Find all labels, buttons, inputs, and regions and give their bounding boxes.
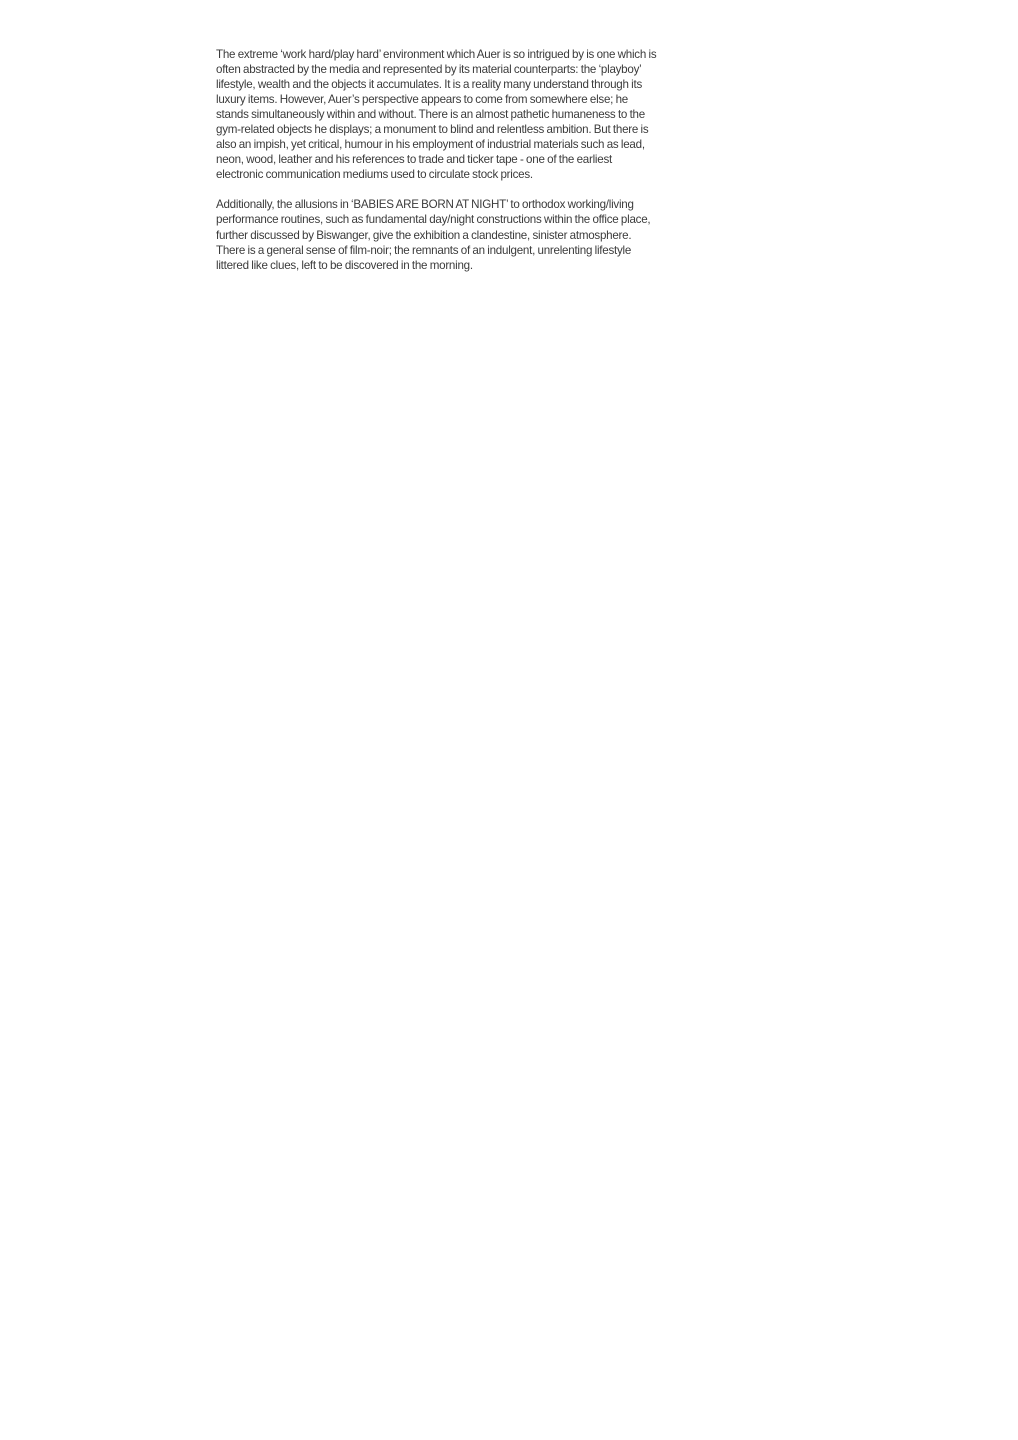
paragraph-1: The extreme ‘work hard/play hard’ enviro…	[216, 47, 696, 182]
text-line: electronic communication mediums used to…	[216, 167, 696, 182]
text-line: also an impish, yet critical, humour in …	[216, 137, 696, 152]
text-line: often abstracted by the media and repres…	[216, 62, 696, 77]
text-line: stands simultaneously within and without…	[216, 107, 696, 122]
text-line: neon, wood, leather and his references t…	[216, 152, 696, 167]
text-line: littered like clues, left to be discover…	[216, 258, 696, 273]
text-line: further discussed by Biswanger, give the…	[216, 228, 696, 243]
document-page: The extreme ‘work hard/play hard’ enviro…	[0, 0, 1018, 1440]
text-line: gym-related objects he displays; a monum…	[216, 122, 696, 137]
paragraph-2: Additionally, the allusions in ‘BABIES A…	[216, 197, 696, 272]
text-line: performance routines, such as fundamenta…	[216, 212, 696, 227]
text-line: The extreme ‘work hard/play hard’ enviro…	[216, 47, 696, 62]
text-line: Additionally, the allusions in ‘BABIES A…	[216, 197, 696, 212]
body-text: The extreme ‘work hard/play hard’ enviro…	[216, 47, 696, 273]
text-line: There is a general sense of film-noir; t…	[216, 243, 696, 258]
text-line: lifestyle, wealth and the objects it acc…	[216, 77, 696, 92]
text-line: luxury items. However, Auer’s perspectiv…	[216, 92, 696, 107]
